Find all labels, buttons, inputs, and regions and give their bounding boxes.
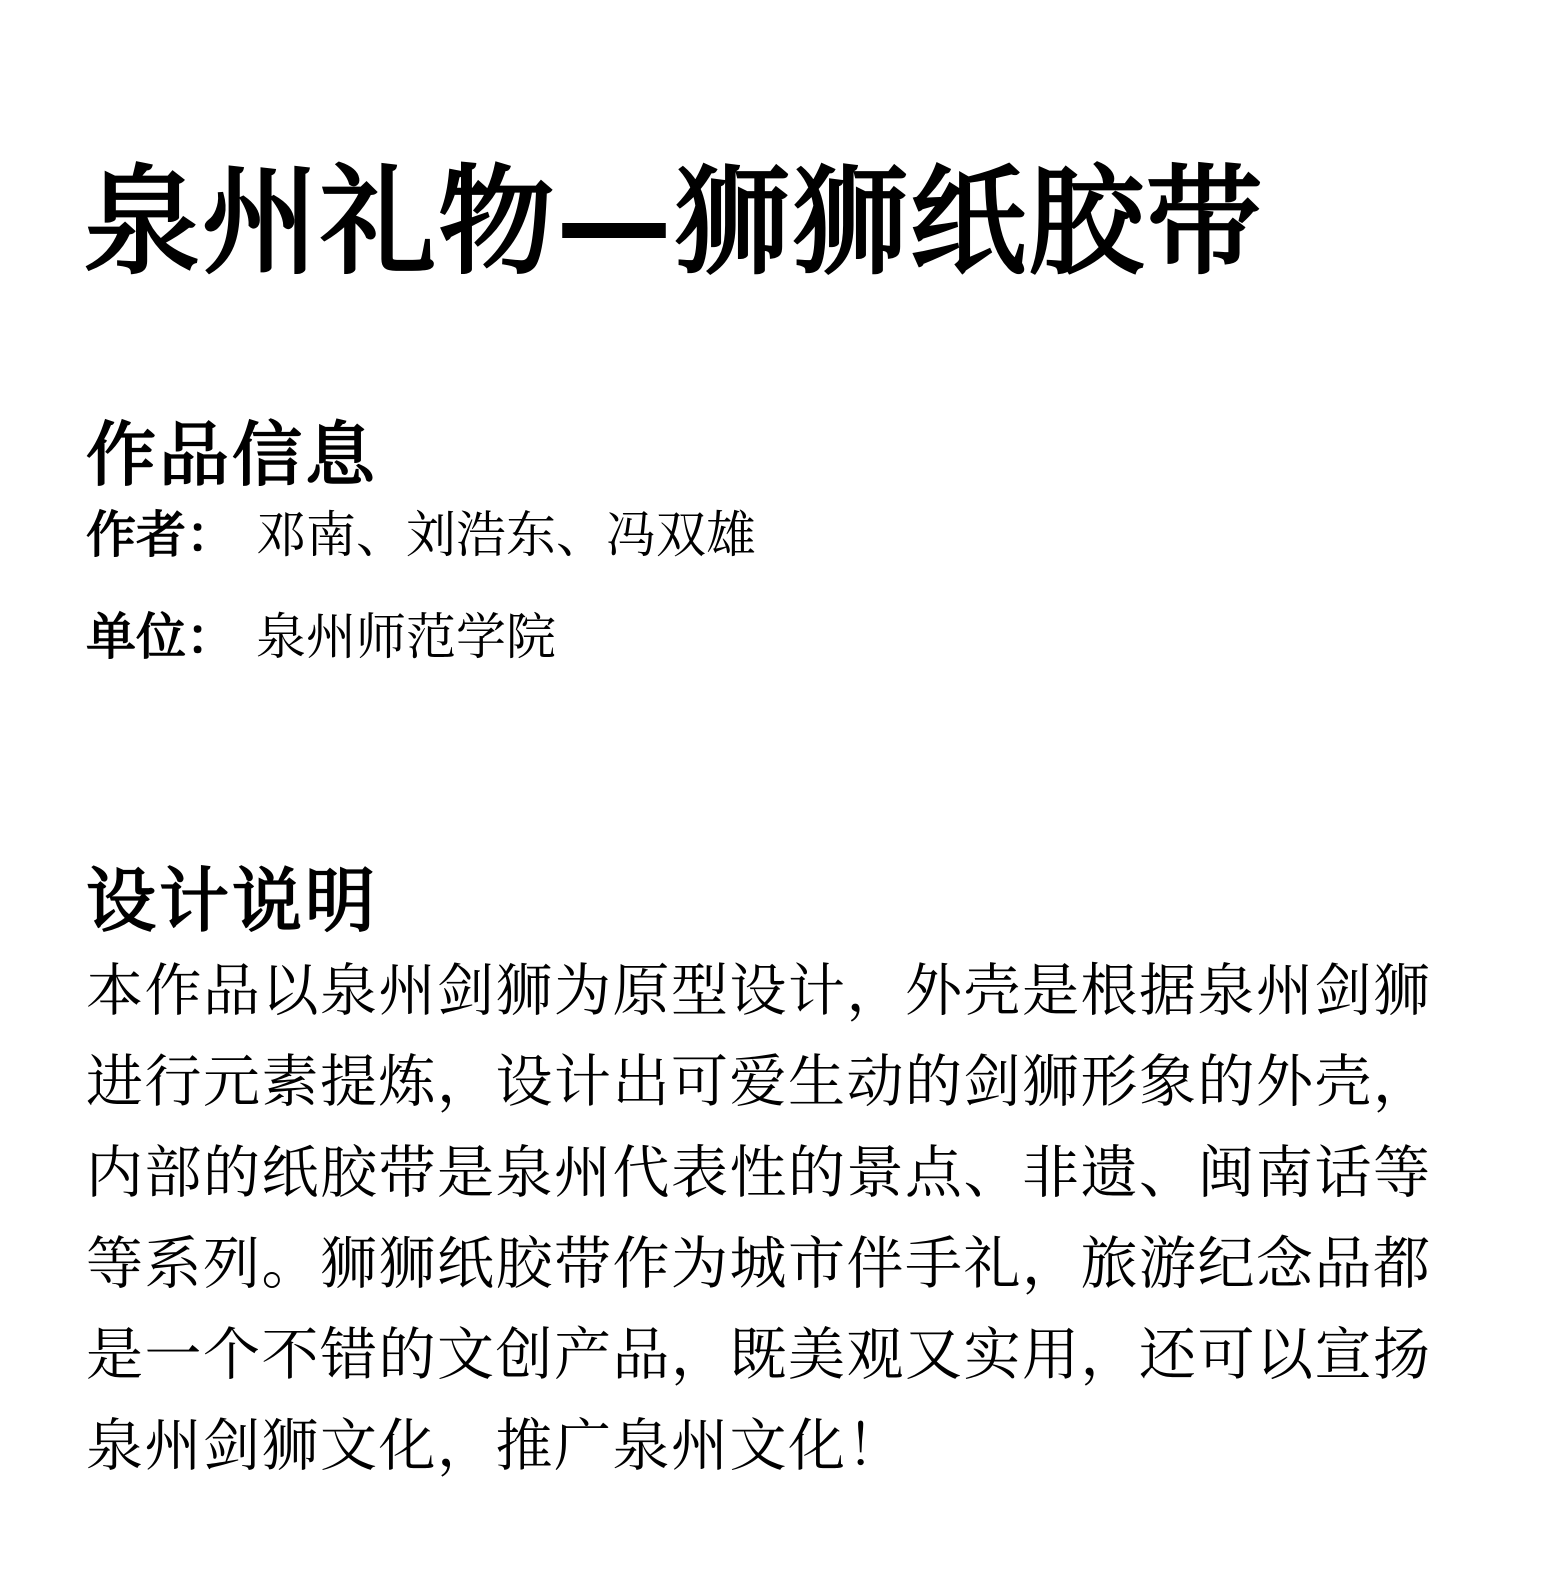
design-description-body: 本作品以泉州剑狮为原型设计，外壳是根据泉州剑狮 进行元素提炼，设计出可爱生动的剑…	[86, 946, 1466, 1492]
body-line: 等系列。狮狮纸胶带作为城市伴手礼，旅游纪念品都	[86, 1219, 1466, 1310]
author-row: 作者：邓南、刘浩东、冯双雄	[86, 502, 756, 568]
unit-row: 单位：泉州师范学院	[86, 604, 556, 670]
unit-value: 泉州师范学院	[256, 608, 556, 666]
work-info-heading: 作品信息	[86, 410, 378, 500]
body-line: 内部的纸胶带是泉州代表性的景点、非遗、闽南话等	[86, 1128, 1466, 1219]
body-line: 泉州剑狮文化，推广泉州文化！	[86, 1401, 1466, 1492]
unit-label: 单位：	[86, 604, 256, 670]
body-line: 本作品以泉州剑狮为原型设计，外壳是根据泉州剑狮	[86, 946, 1466, 1037]
page-title: 泉州礼物—狮狮纸胶带	[84, 148, 1264, 297]
body-line: 是一个不错的文创产品，既美观又实用，还可以宣扬	[86, 1310, 1466, 1401]
author-value: 邓南、刘浩东、冯双雄	[256, 506, 756, 564]
body-line: 进行元素提炼，设计出可爱生动的剑狮形象的外壳，	[86, 1037, 1466, 1128]
author-label: 作者：	[86, 502, 256, 568]
design-description-heading: 设计说明	[86, 856, 378, 946]
